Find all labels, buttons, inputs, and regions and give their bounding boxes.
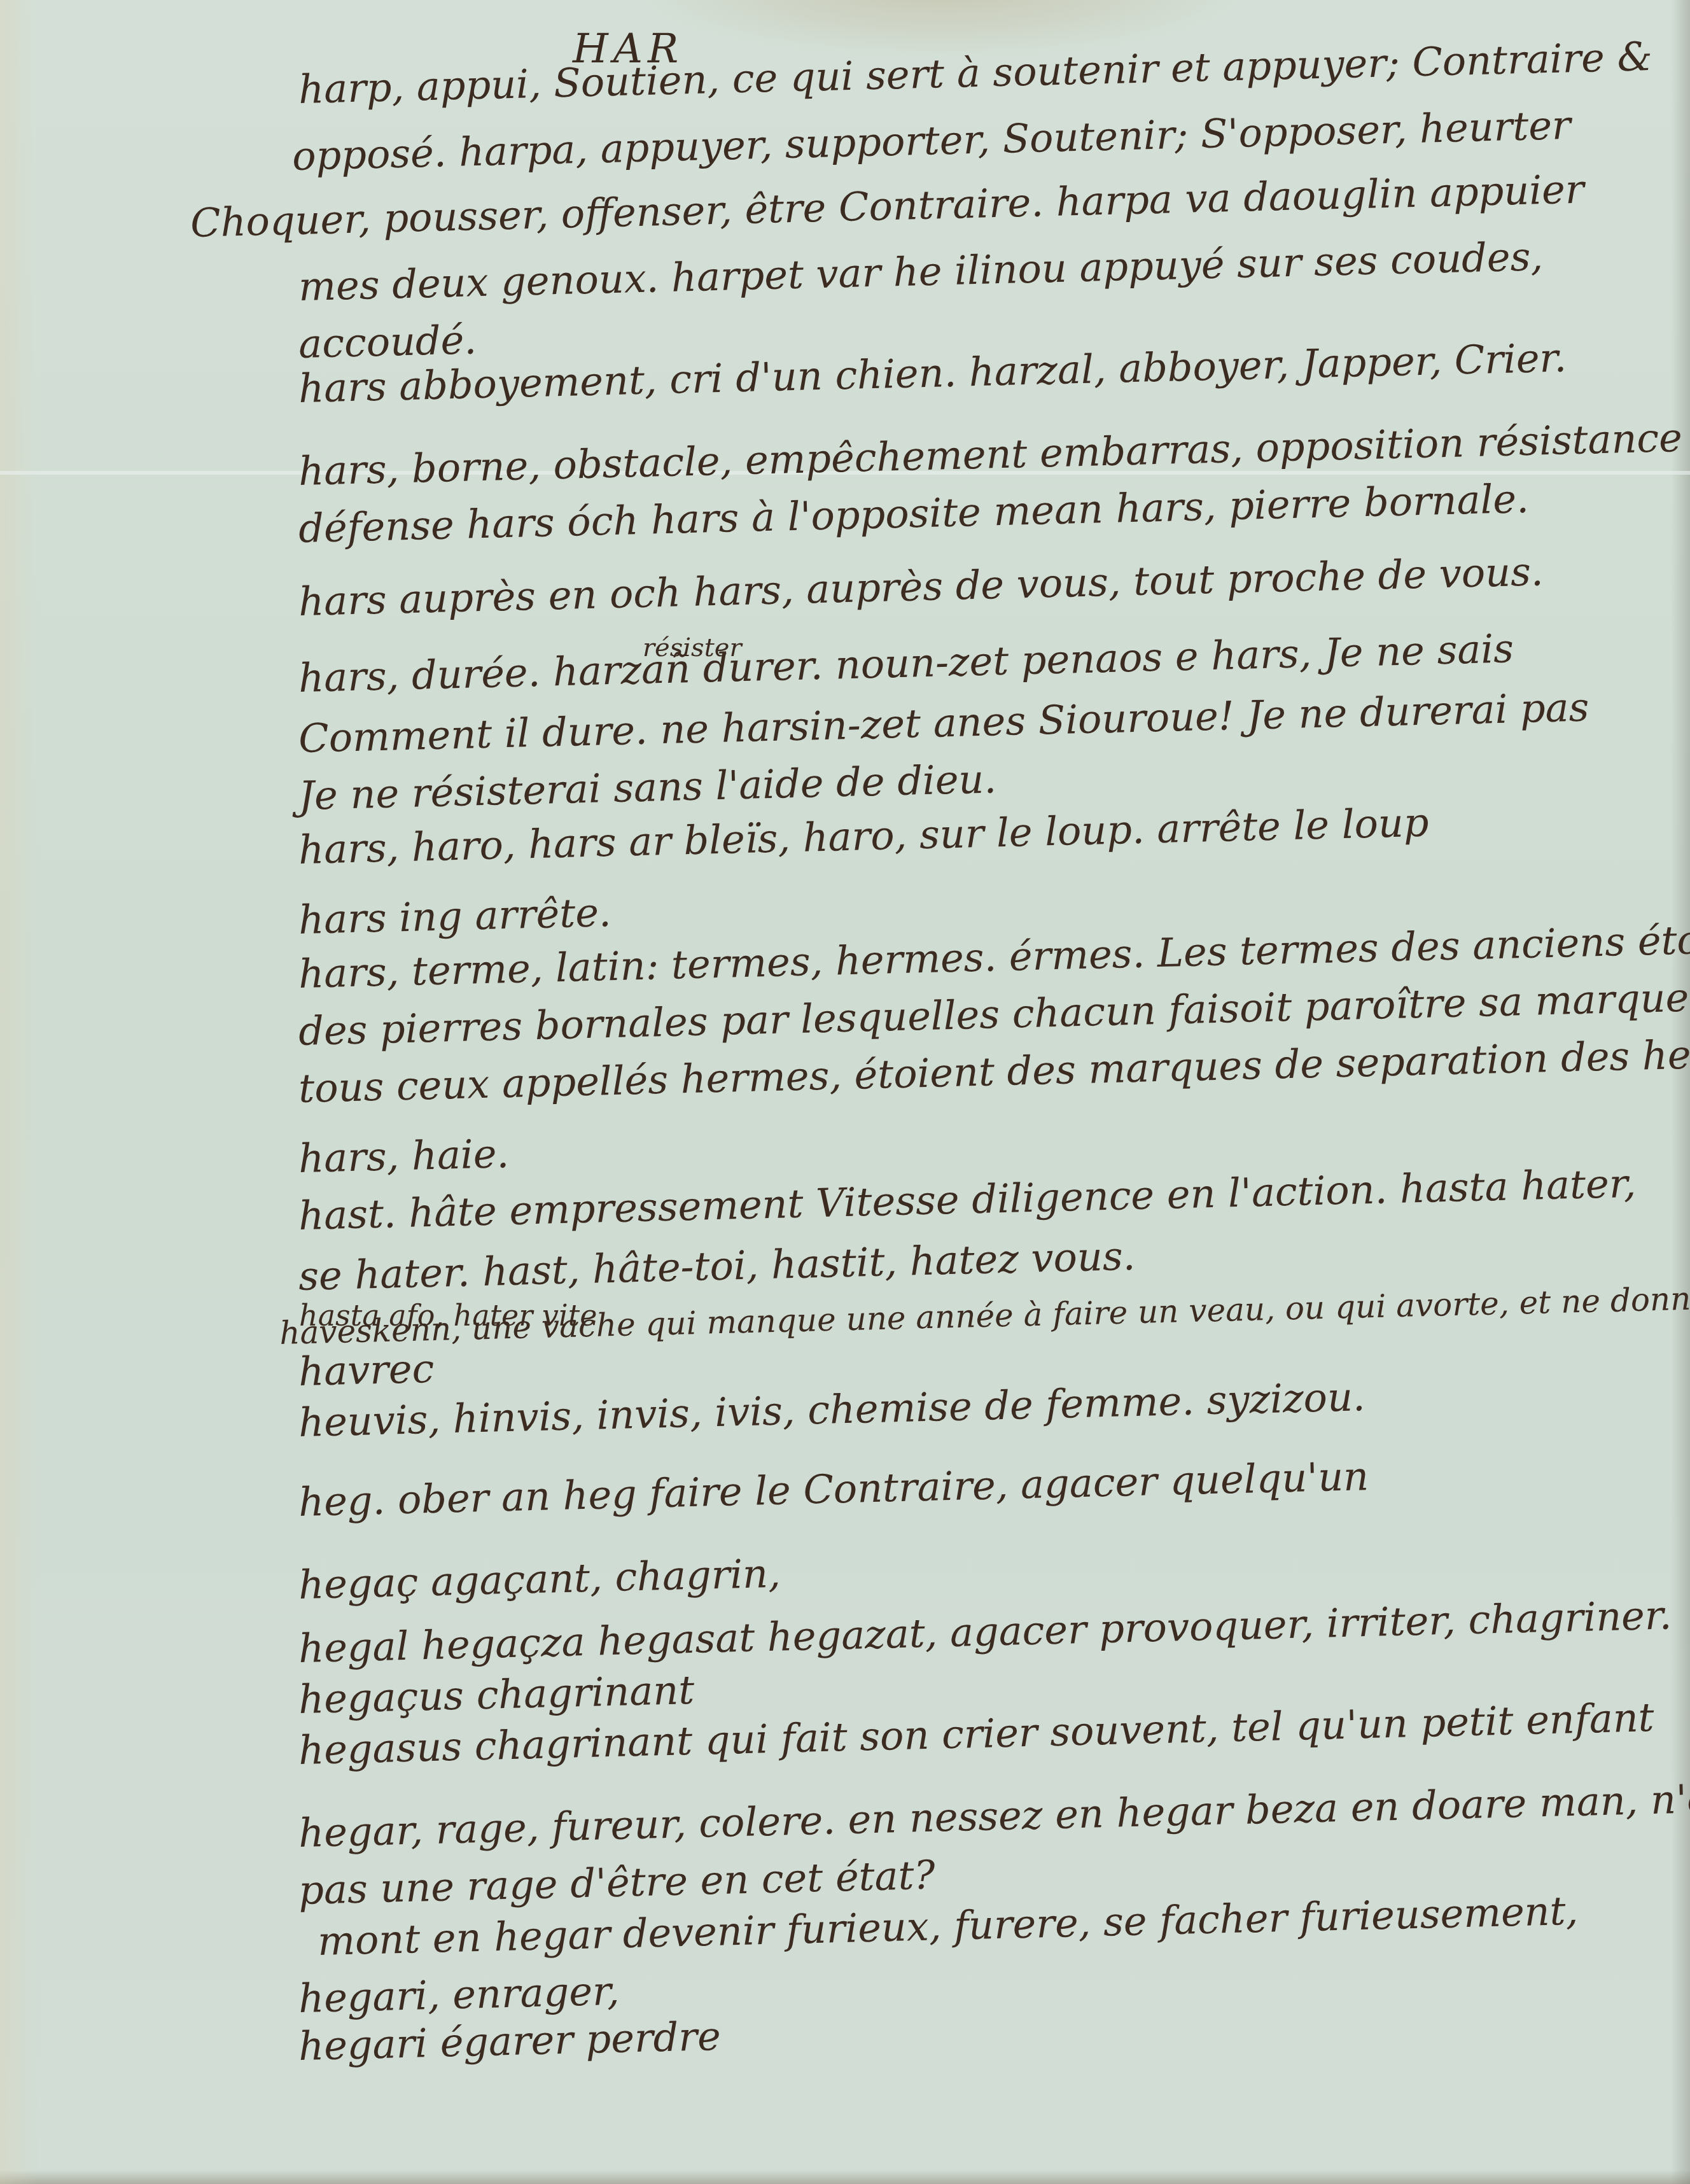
manuscript-line: hegal hegaçza hegasat hegazat, agacer pr…	[298, 1595, 1672, 1669]
manuscript-line: heg. ober an heg faire le Contraire, aga…	[298, 1457, 1369, 1522]
manuscript-line: Comment il dure. ne harsin-zet anes Siou…	[298, 687, 1589, 759]
manuscript-line: heuvis, hinvis, invis, ivis, chemise de …	[298, 1377, 1365, 1443]
manuscript-line: pas une rage d'être en cet état?	[298, 1856, 935, 1910]
manuscript-line: hegari égarer perdre	[298, 2017, 721, 2066]
manuscript-line: Choquer, pousser, offenser, être Contrai…	[190, 169, 1584, 243]
manuscript-line: havrec	[298, 1349, 434, 1392]
manuscript-line: harp, appui, Soutien, ce qui sert à sout…	[298, 37, 1652, 109]
manuscript-line: hars abboyement, cri d'un chien. harzal,…	[298, 338, 1567, 409]
manuscript-line: hegaç agaçant, chagrin,	[298, 1554, 781, 1605]
manuscript-line: hars, durée. harzañ durer. noun-zet pena…	[298, 629, 1514, 698]
manuscript-line: hars auprès en och hars, auprès de vous,…	[298, 552, 1544, 622]
manuscript-line: hegar, rage, fureur, colere. en nessez e…	[298, 1777, 1690, 1853]
manuscript-line: hars ing arrête.	[298, 893, 611, 940]
manuscript-line: se hater. hast, hâte-toi, hastit, hatez …	[298, 1236, 1136, 1296]
manuscript-line: Je ne résisterai sans l'aide de dieu.	[298, 759, 996, 816]
manuscript-line: mes deux genoux. harpet var he ilinou ap…	[298, 237, 1543, 307]
manuscript-line: opposé. harpa, appuyer, supporter, Soute…	[291, 106, 1571, 176]
manuscript-page: HAR résister harp, appui, Soutien, ce qu…	[0, 0, 1690, 2184]
manuscript-line: hegari, enrager,	[298, 1971, 620, 2019]
manuscript-line: hars, haie.	[298, 1134, 509, 1179]
manuscript-line: accoudé.	[298, 320, 477, 364]
manuscript-line: hegaçus chagrinant	[298, 1670, 694, 1719]
